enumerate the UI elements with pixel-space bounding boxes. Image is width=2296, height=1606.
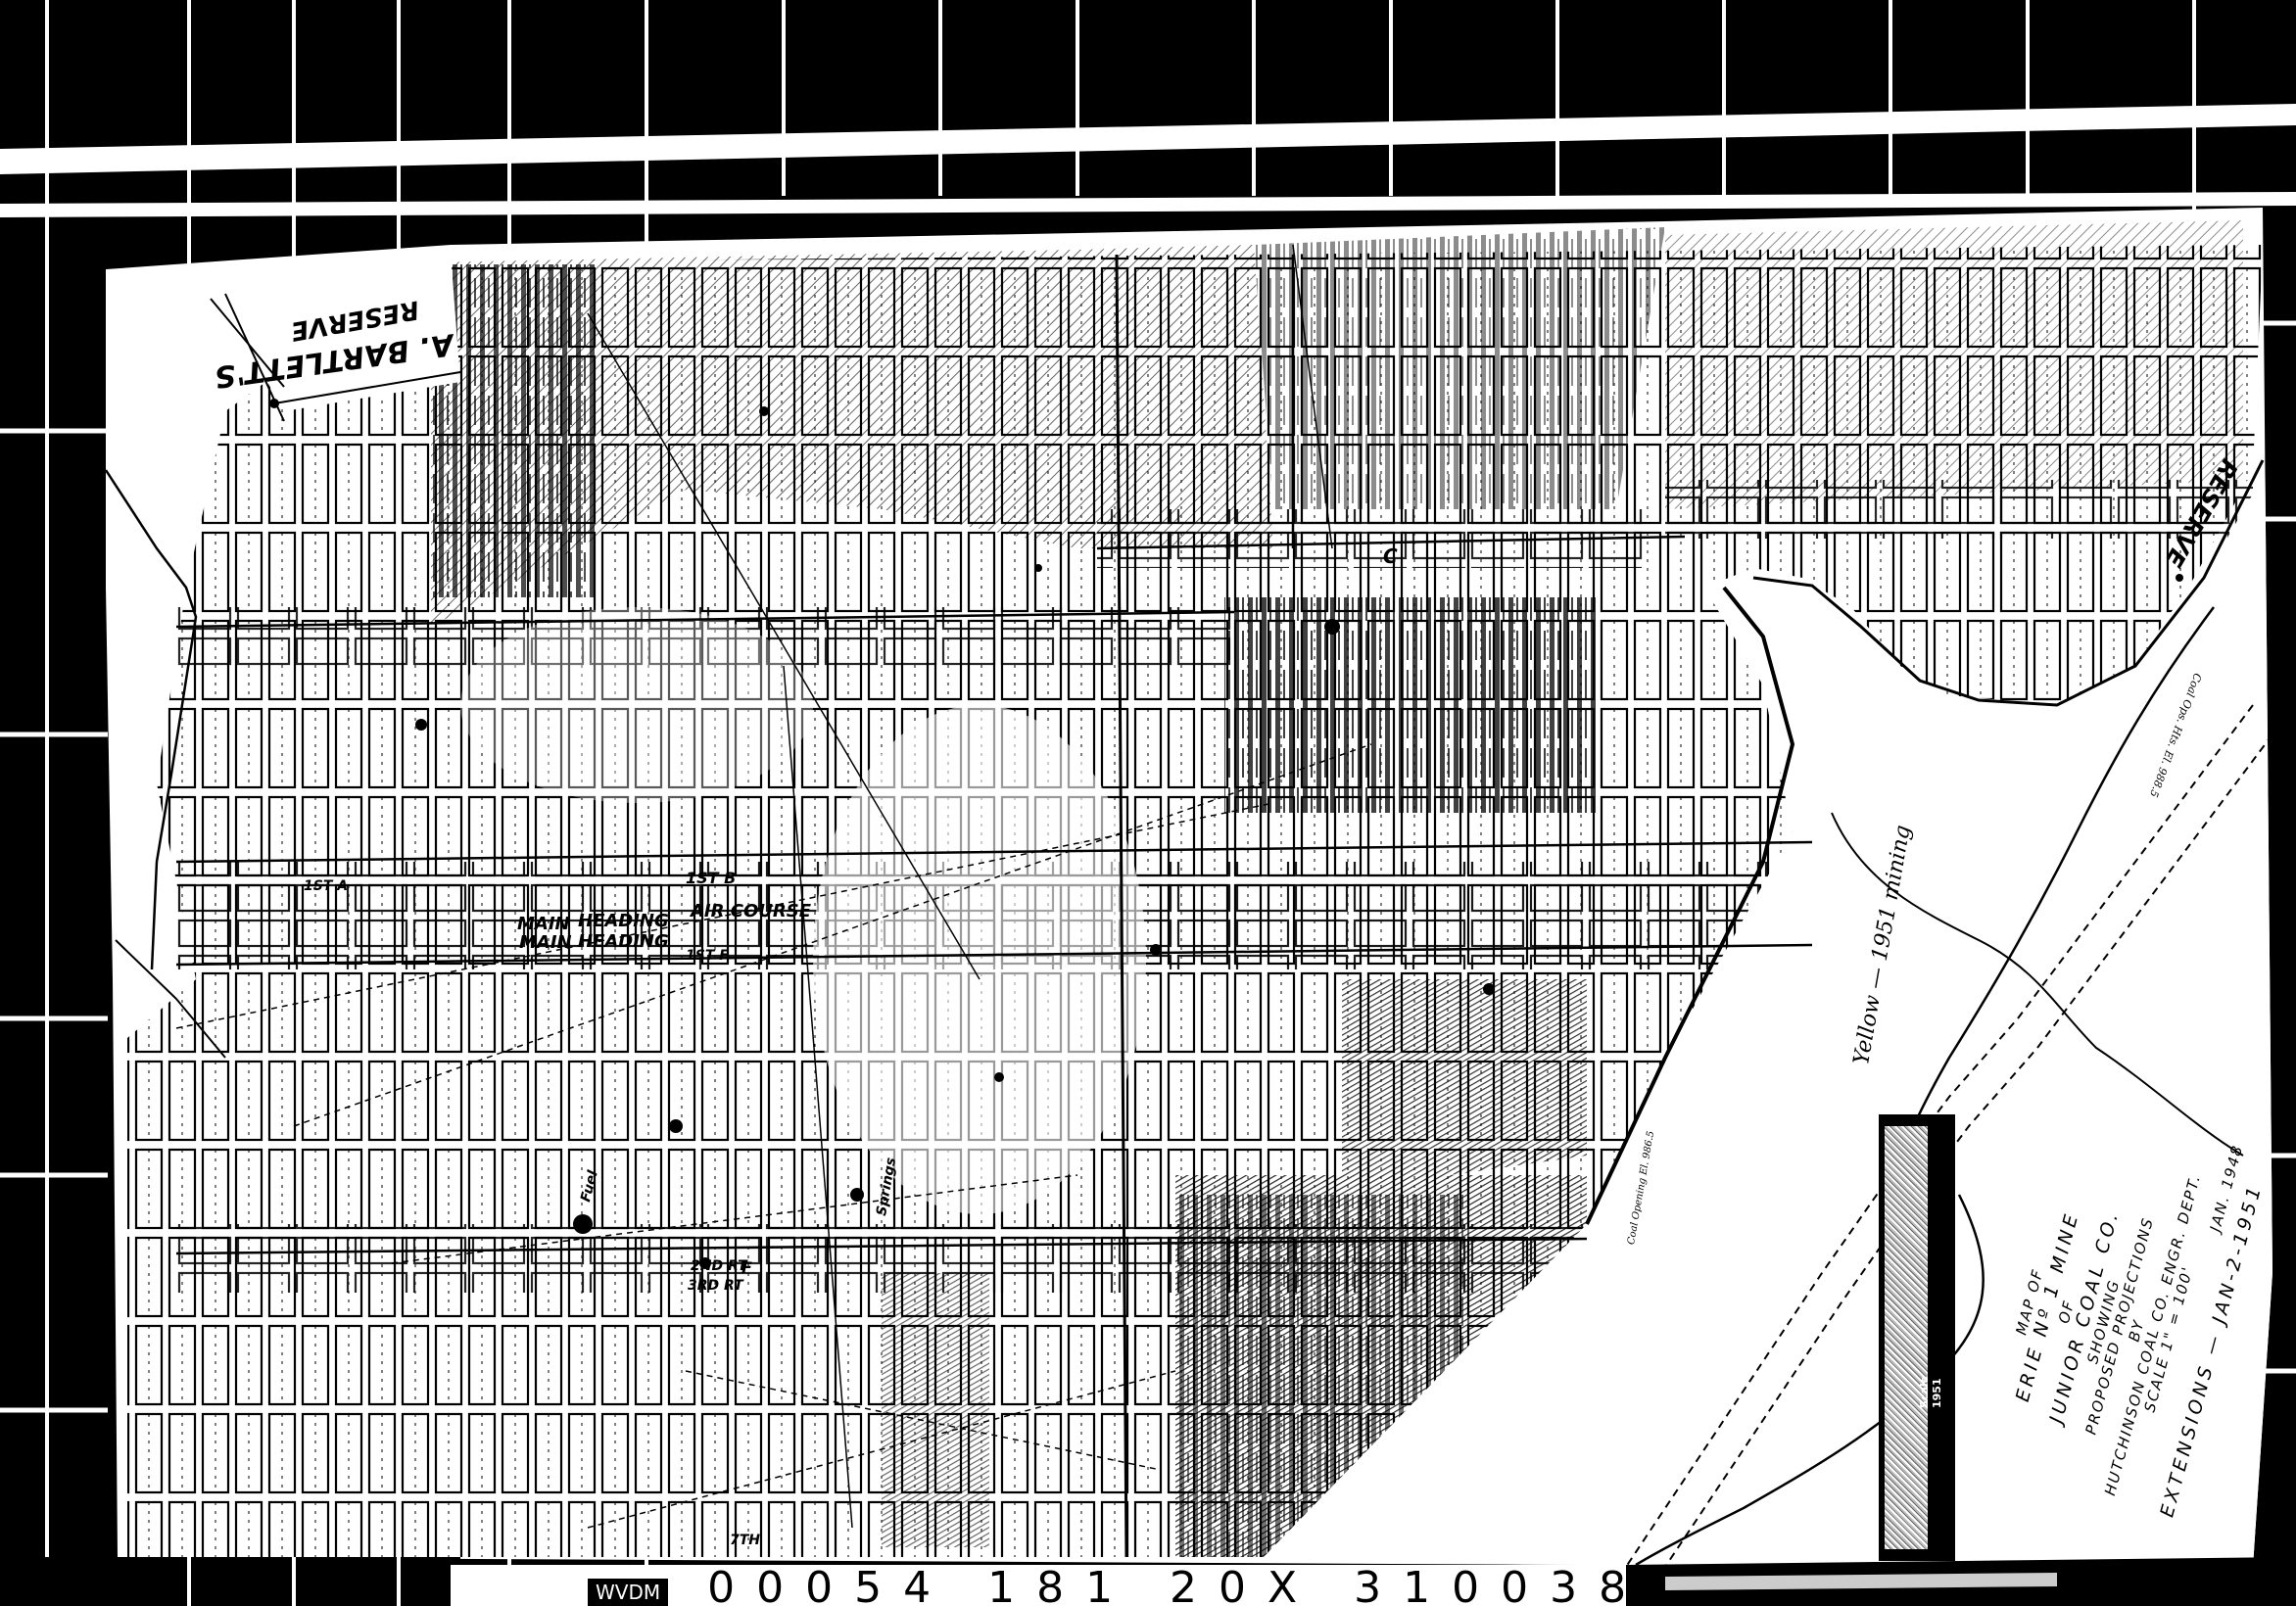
label-7th: 7TH (730, 1533, 760, 1548)
film-tag: WVDM (588, 1579, 668, 1606)
scale-bar: Scale 1951 (1879, 1114, 1955, 1561)
label-heading-2: HEADING (578, 931, 669, 952)
scale-bar-label: Scale 1951 (1918, 1371, 1943, 1408)
label-1st-f: 1ST F (686, 948, 729, 964)
label-heading-1: HEADING (578, 911, 669, 931)
label-f: F (741, 1258, 752, 1277)
film-identifier: WVDM 00054 181 20X 310038 (588, 1571, 1648, 1606)
film-number: 00054 181 20X 310038 (707, 1571, 1648, 1606)
label-air-course: AIR COURSE (691, 901, 811, 921)
label-main-2: MAIN (519, 932, 572, 953)
label-main-1: MAIN (517, 914, 570, 934)
label-1st-a: 1ST A (304, 878, 348, 894)
label-1st-b: 1ST B (686, 869, 736, 887)
label-2nd-rt: 2ND RT (691, 1258, 747, 1274)
mine-workings (106, 220, 2282, 1567)
label-c: C (1383, 544, 1398, 568)
scale-bar-grain (1885, 1126, 1928, 1549)
label-3rd-rt: 3RD RT (688, 1278, 743, 1294)
